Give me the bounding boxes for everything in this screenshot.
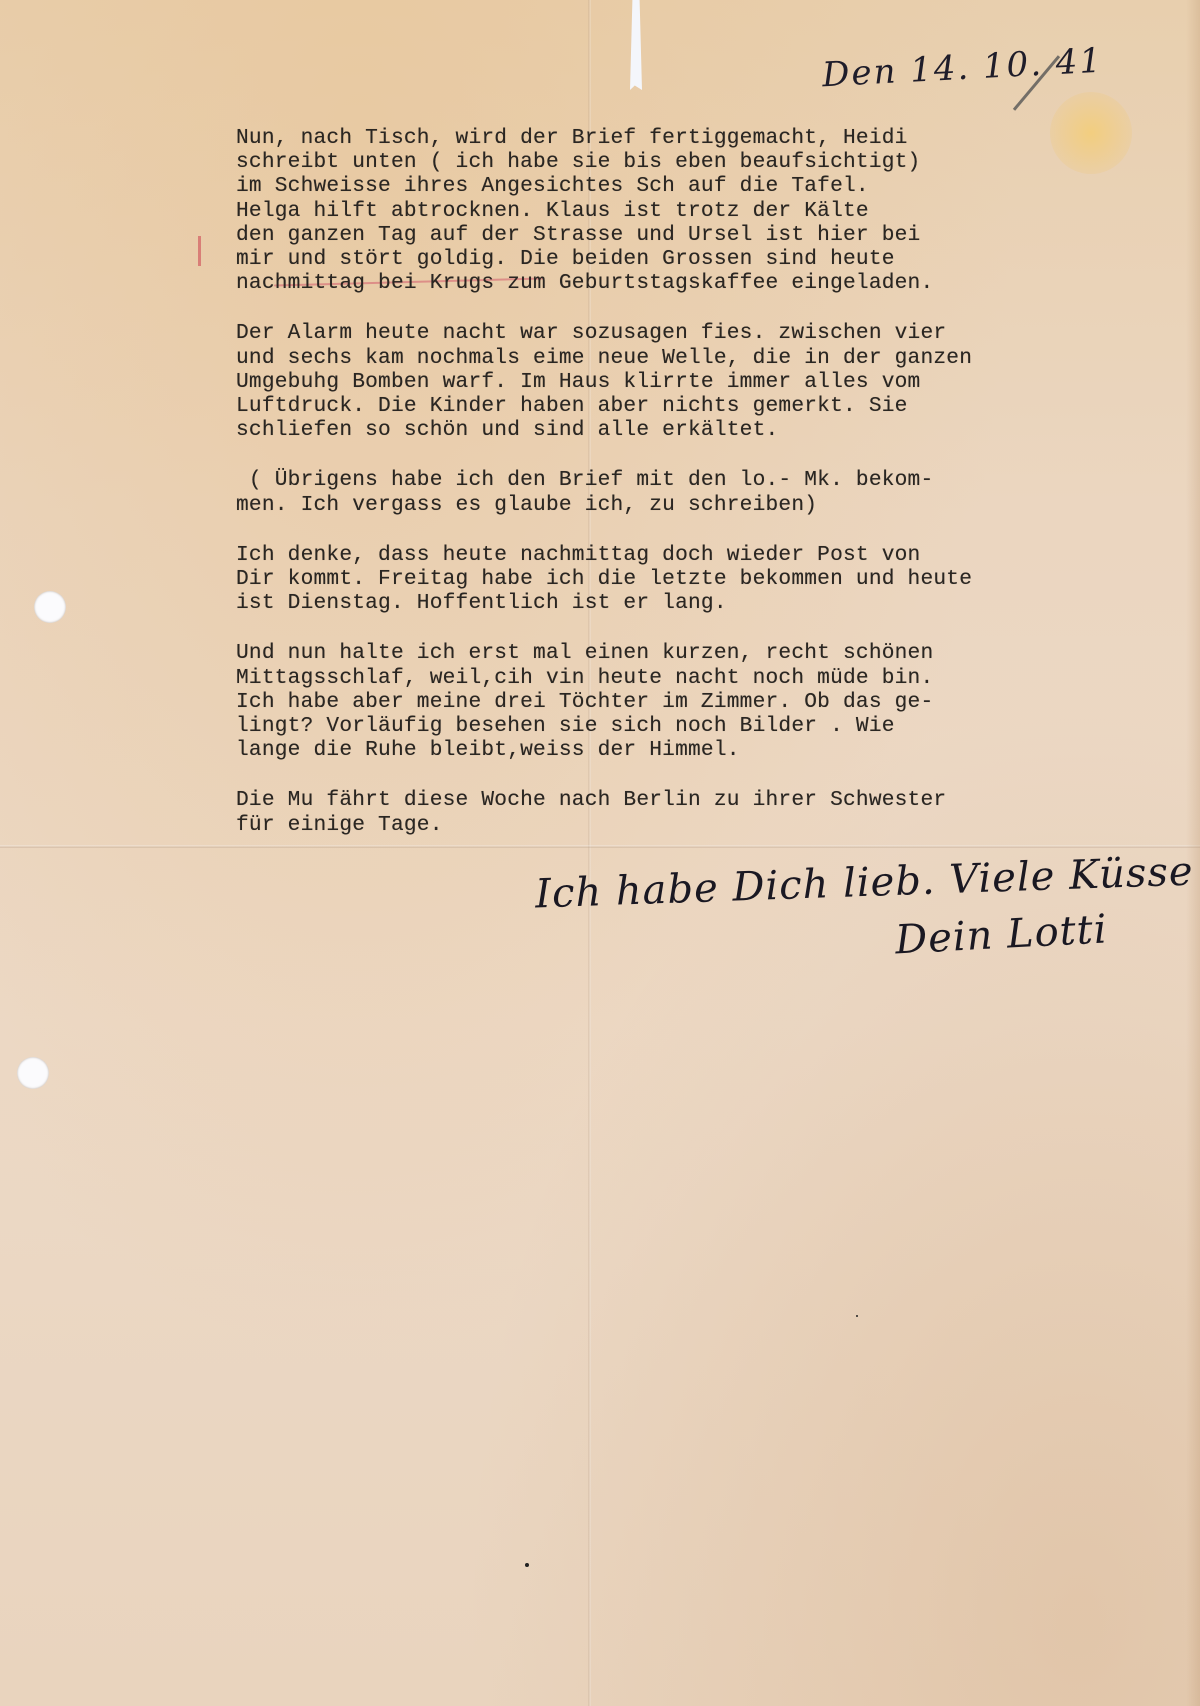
typed-line: Ich habe aber meine drei Töchter im Zimm… [236, 690, 1116, 714]
typed-line: lingt? Vorläufig besehen sie sich noch B… [236, 714, 1116, 738]
typed-line: Ich denke, dass heute nachmittag doch wi… [236, 543, 1116, 567]
typed-line: Und nun halte ich erst mal einen kurzen,… [236, 641, 1116, 665]
typed-line: ( Übrigens habe ich den Brief mit den lo… [236, 468, 1116, 492]
typed-line: lange die Ruhe bleibt,weiss der Himmel. [236, 738, 1116, 762]
typed-line: Mittagsschlaf, weil,cih vin heute nacht … [236, 666, 1116, 690]
letter-paragraph: Ich denke, dass heute nachmittag doch wi… [236, 543, 1116, 616]
typed-line: und sechs kam nochmals eime neue Welle, … [236, 346, 1116, 370]
typed-line: ist Dienstag. Hoffentlich ist er lang. [236, 591, 1116, 615]
ink-speck [856, 1315, 858, 1317]
typed-line: Nun, nach Tisch, wird der Brief fertigge… [236, 126, 1116, 150]
letter-paragraph: Der Alarm heute nacht war sozusagen fies… [236, 321, 1116, 442]
typed-line: Dir kommt. Freitag habe ich die letzte b… [236, 567, 1116, 591]
letter-paragraph: Und nun halte ich erst mal einen kurzen,… [236, 641, 1116, 762]
typed-line: Die Mu fährt diese Woche nach Berlin zu … [236, 788, 1116, 812]
typed-line: Der Alarm heute nacht war sozusagen fies… [236, 321, 1116, 345]
typed-line: Luftdruck. Die Kinder haben aber nichts … [236, 394, 1116, 418]
typed-line: im Schweisse ihres Angesichtes Sch auf d… [236, 174, 1116, 198]
typed-line: Helga hilft abtrocknen. Klaus ist trotz … [236, 199, 1116, 223]
typed-line: Umgebuhg Bomben warf. Im Haus klirrte im… [236, 370, 1116, 394]
letter-paragraph: Nun, nach Tisch, wird der Brief fertigge… [236, 126, 1116, 295]
punch-hole-top [34, 591, 66, 623]
typed-line: für einige Tage. [236, 813, 1116, 837]
typed-line: men. Ich vergass es glaube ich, zu schre… [236, 493, 1116, 517]
typed-line: den ganzen Tag auf der Strasse und Ursel… [236, 223, 1116, 247]
typed-line: mir und stört goldig. Die beiden Grossen… [236, 247, 1116, 271]
letter-paragraph: Die Mu fährt diese Woche nach Berlin zu … [236, 788, 1116, 836]
typed-line: nachmittag bei Krugs zum Geburtstagskaff… [236, 271, 1116, 295]
typed-line: schreibt unten ( ich habe sie bis eben b… [236, 150, 1116, 174]
typed-line: schliefen so schön und sind alle erkälte… [236, 418, 1116, 442]
letter-paragraph: ( Übrigens habe ich den Brief mit den lo… [236, 468, 1116, 516]
typed-letter-body: Nun, nach Tisch, wird der Brief fertigge… [236, 126, 1116, 863]
punch-hole-bottom [17, 1057, 49, 1089]
red-pencil-margin-mark [198, 236, 201, 266]
ink-speck [525, 1563, 529, 1567]
